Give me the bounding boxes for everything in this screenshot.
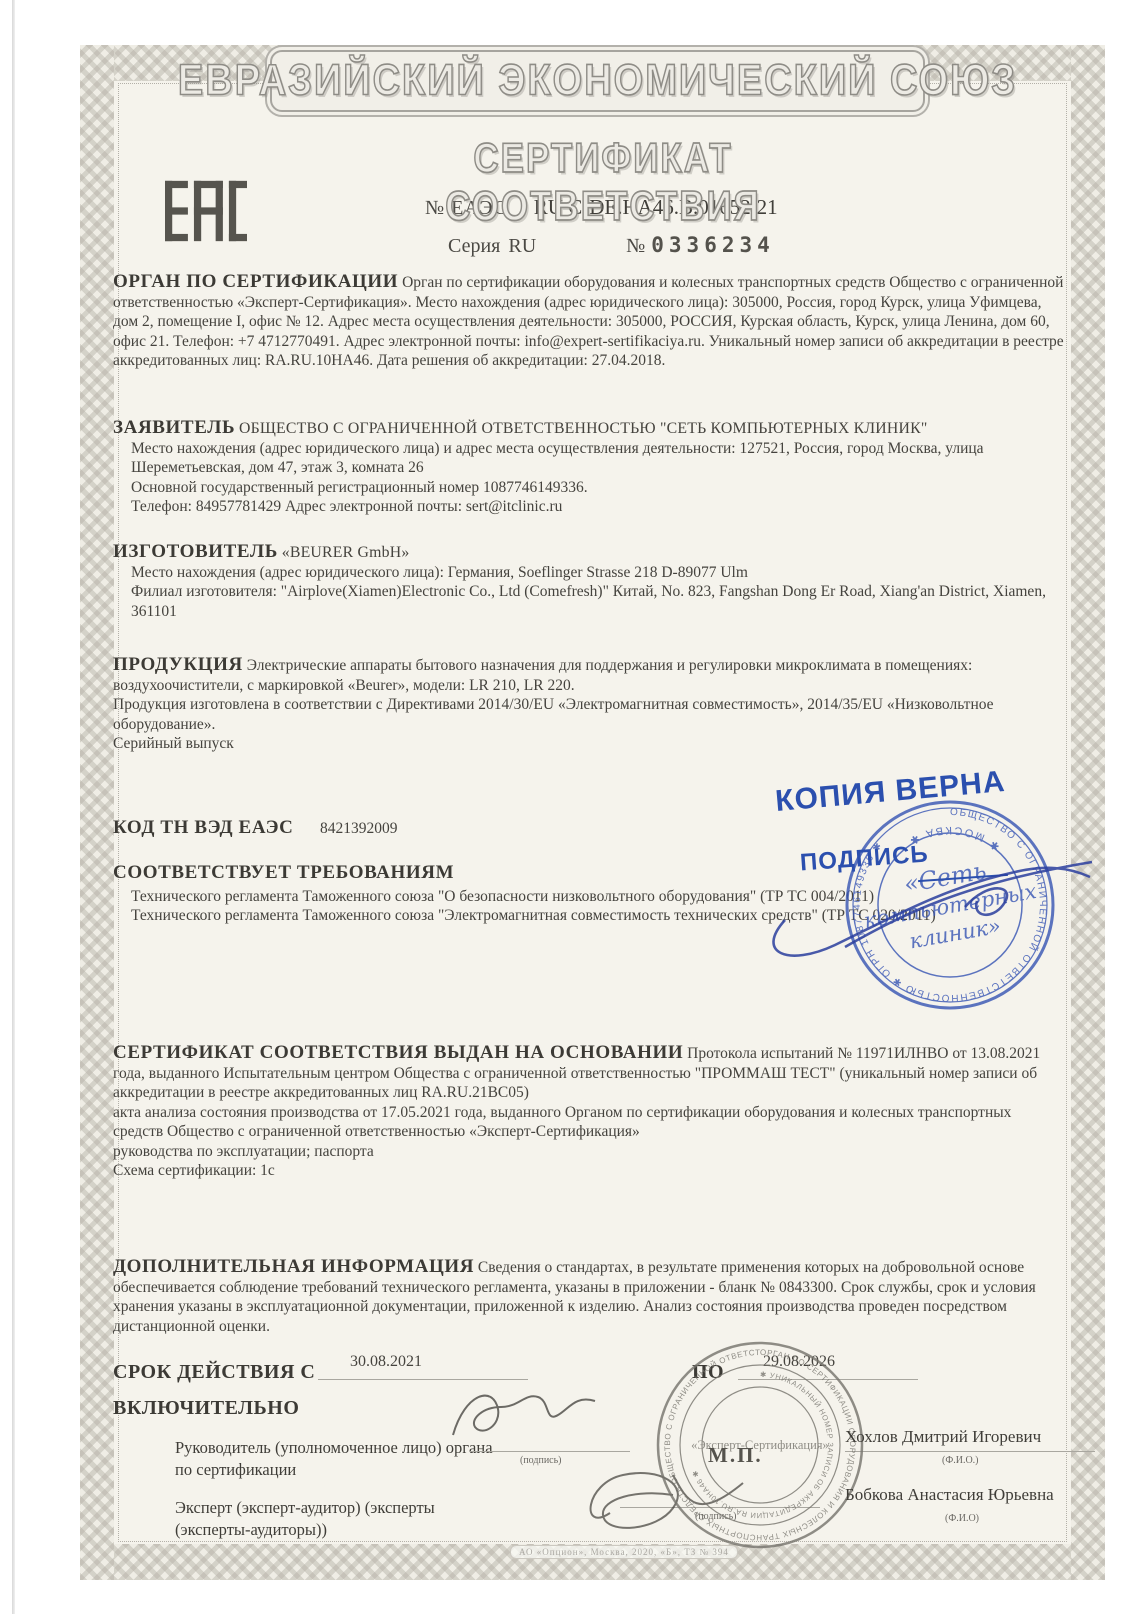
manufacturer-name: «BEURER GmbH» (282, 544, 410, 561)
basis-scheme: Схема сертификации: 1с (113, 1161, 1065, 1181)
validity-from-date: 30.08.2021 (350, 1353, 422, 1371)
section-heading: СЕРТИФИКАТ СООТВЕТСТВИЯ ВЫДАН НА ОСНОВАН… (113, 1042, 683, 1063)
expert-signature-label: Эксперт (эксперт-аудитор) (эксперты (экс… (175, 1497, 505, 1541)
section-applicant: ЗАЯВИТЕЛЬ ОБЩЕСТВО С ОГРАНИЧЕННОЙ ОТВЕТС… (113, 418, 1065, 517)
head-name-line (845, 1451, 1095, 1452)
basis-act: акта анализа состояния производства от 1… (113, 1103, 1065, 1142)
expert-name: Бобкова Анастасия Юрьевна (845, 1485, 1054, 1505)
product-directives: Продукция изготовлена в соответствии с Д… (113, 695, 1065, 734)
head-fio-caption: (Ф.И.О.) (942, 1455, 979, 1466)
section-manufacturer: ИЗГОТОВИТЕЛЬ «BEURER GmbH» Место нахожде… (113, 542, 1065, 621)
copy-signature-autograph (760, 825, 1105, 990)
section-additional-info: ДОПОЛНИТЕЛЬНАЯ ИНФОРМАЦИЯ Сведения о ста… (113, 1257, 1065, 1336)
border-right-ornament (1071, 45, 1105, 1580)
head-signature-autograph (445, 1375, 615, 1460)
section-basis: СЕРТИФИКАТ СООТВЕТСТВИЯ ВЫДАН НА ОСНОВАН… (113, 1043, 1065, 1181)
tnved-heading: КОД ТН ВЭД ЕАЭС (113, 817, 293, 839)
basis-manuals: руководства по эксплуатации; паспорта (113, 1142, 1065, 1162)
expert-fio-caption: (Ф.И.О) (945, 1513, 979, 1524)
section-heading: ДОПОЛНИТЕЛЬНАЯ ИНФОРМАЦИЯ (113, 1256, 474, 1277)
series-region: RU (508, 235, 536, 257)
union-banner: ЕВРАЗИЙСКИЙ ЭКОНОМИЧЕСКИЙ СОЮЗ (270, 50, 925, 112)
section-heading: ПРОДУКЦИЯ (113, 654, 243, 675)
section-heading: ИЗГОТОВИТЕЛЬ (113, 541, 278, 562)
union-title: ЕВРАЗИЙСКИЙ ЭКОНОМИЧЕСКИЙ СОЮЗ (178, 56, 1017, 105)
section-product: ПРОДУКЦИЯ Электрические аппараты бытовог… (113, 655, 1065, 754)
border-left-ornament (80, 45, 114, 1580)
manufacturer-address: Место нахождения (адрес юридического лиц… (113, 563, 1065, 583)
series-row: СерияRU№0336234 (448, 233, 775, 258)
blank-number-label: № (626, 235, 645, 257)
certificate-sheet: ЕВРАЗИЙСКИЙ ЭКОНОМИЧЕСКИЙ СОЮЗ СЕРТИФИКА… (80, 45, 1105, 1580)
applicant-contacts: Телефон: 84957781429 Адрес электронной п… (113, 497, 1065, 517)
certificate-title: СЕРТИФИКАТ СООТВЕТСТВИЯ (313, 135, 893, 231)
tnved-code: 8421392009 (320, 820, 398, 838)
head-name: Хохлов Дмитрий Игоревич (845, 1427, 1041, 1447)
section-heading: ЗАЯВИТЕЛЬ (113, 417, 235, 438)
validity-inclusive-label: ВКЛЮЧИТЕЛЬНО (113, 1397, 299, 1420)
product-serial: Серийный выпуск (113, 734, 1065, 754)
section-certification-body: ОРГАН ПО СЕРТИФИКАЦИИ Орган по сертифика… (113, 272, 1065, 371)
manufacturer-branch: Филиал изготовителя: "Airplove(Xiamen)El… (113, 582, 1065, 621)
mp-label: М.П. (708, 1443, 763, 1468)
scan-edge-artifact (12, 0, 15, 1614)
validity-from-label: СРОК ДЕЙСТВИЯ С (113, 1361, 315, 1384)
applicant-name: ОБЩЕСТВО С ОГРАНИЧЕННОЙ ОТВЕТСТВЕННОСТЬЮ… (239, 420, 928, 437)
section-heading: ОРГАН ПО СЕРТИФИКАЦИИ (113, 271, 398, 292)
applicant-address: Место нахождения (адрес юридического лиц… (113, 439, 1065, 478)
series-label: Серия (448, 235, 500, 257)
applicant-ogrn: Основной государственный регистрационный… (113, 478, 1065, 498)
blank-number: 0336234 (651, 233, 775, 257)
eac-logo-icon (165, 163, 247, 264)
